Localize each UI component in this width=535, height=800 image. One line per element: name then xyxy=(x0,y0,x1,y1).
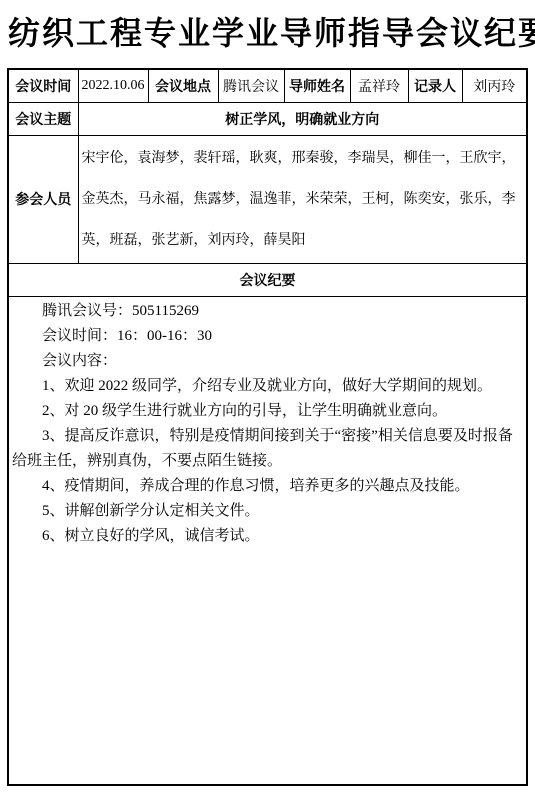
minutes-line: 2、对 20 级学生进行就业方向的引导，让学生明确就业意向。 xyxy=(12,399,523,424)
meeting-time-value: 2022.10.06 xyxy=(78,69,148,102)
minutes-line: 5、讲解创新学分认定相关文件。 xyxy=(12,499,523,524)
minutes-line: 会议时间：16：00-16：30 xyxy=(12,324,523,349)
minutes-line: 会议内容： xyxy=(12,349,523,374)
advisor-name-label: 导师姓名 xyxy=(284,69,350,102)
minutes-line: 1、欢迎 2022 级同学，介绍专业及就业方向，做好大学期间的规划。 xyxy=(12,374,523,399)
info-row: 会议时间 2022.10.06 会议地点 腾讯会议 导师姓名 孟祥玲 记录人 刘… xyxy=(8,69,527,102)
topic-row: 会议主题 树正学风，明确就业方向 xyxy=(8,102,527,135)
minutes-line: 3、提高反诈意识，特别是疫情期间接到关于“密接”相关信息要及时报备给班主任，辨别… xyxy=(12,424,523,474)
participants-label: 参会人员 xyxy=(8,135,78,263)
participants-value: 宋宇伦，袁海梦，裴轩瑶，耿爽，邢秦骏，李瑞昊，柳佳一，王欣宇，金英杰，马永福，焦… xyxy=(78,135,527,263)
minutes-content-row: 腾讯会议号：505115269会议时间：16：00-16：30会议内容：1、欢迎… xyxy=(8,296,527,785)
topic-label: 会议主题 xyxy=(8,102,78,135)
minutes-line: 腾讯会议号：505115269 xyxy=(12,299,523,324)
document-page: 纺织工程专业学业导师指导会议纪要 会议时间 2022.10.06 会议地点 腾讯… xyxy=(0,0,535,800)
recorder-label: 记录人 xyxy=(408,69,462,102)
meeting-location-label: 会议地点 xyxy=(148,69,218,102)
participants-row: 参会人员 宋宇伦，袁海梦，裴轩瑶，耿爽，邢秦骏，李瑞昊，柳佳一，王欣宇，金英杰，… xyxy=(8,135,527,263)
advisor-name-value: 孟祥玲 xyxy=(350,69,408,102)
minutes-table: 会议时间 2022.10.06 会议地点 腾讯会议 导师姓名 孟祥玲 记录人 刘… xyxy=(7,68,528,786)
document-title: 纺织工程专业学业导师指导会议纪要 xyxy=(8,12,527,54)
minutes-header-row: 会议纪要 xyxy=(8,263,527,296)
minutes-header: 会议纪要 xyxy=(8,263,527,296)
minutes-line: 4、疫情期间，养成合理的作息习惯，培养更多的兴趣点及技能。 xyxy=(12,474,523,499)
minutes-line: 6、树立良好的学风，诚信考试。 xyxy=(12,524,523,549)
minutes-content: 腾讯会议号：505115269会议时间：16：00-16：30会议内容：1、欢迎… xyxy=(8,296,527,785)
recorder-value: 刘丙玲 xyxy=(462,69,527,102)
meeting-location-value: 腾讯会议 xyxy=(218,69,284,102)
topic-value: 树正学风，明确就业方向 xyxy=(78,102,527,135)
meeting-time-label: 会议时间 xyxy=(8,69,78,102)
